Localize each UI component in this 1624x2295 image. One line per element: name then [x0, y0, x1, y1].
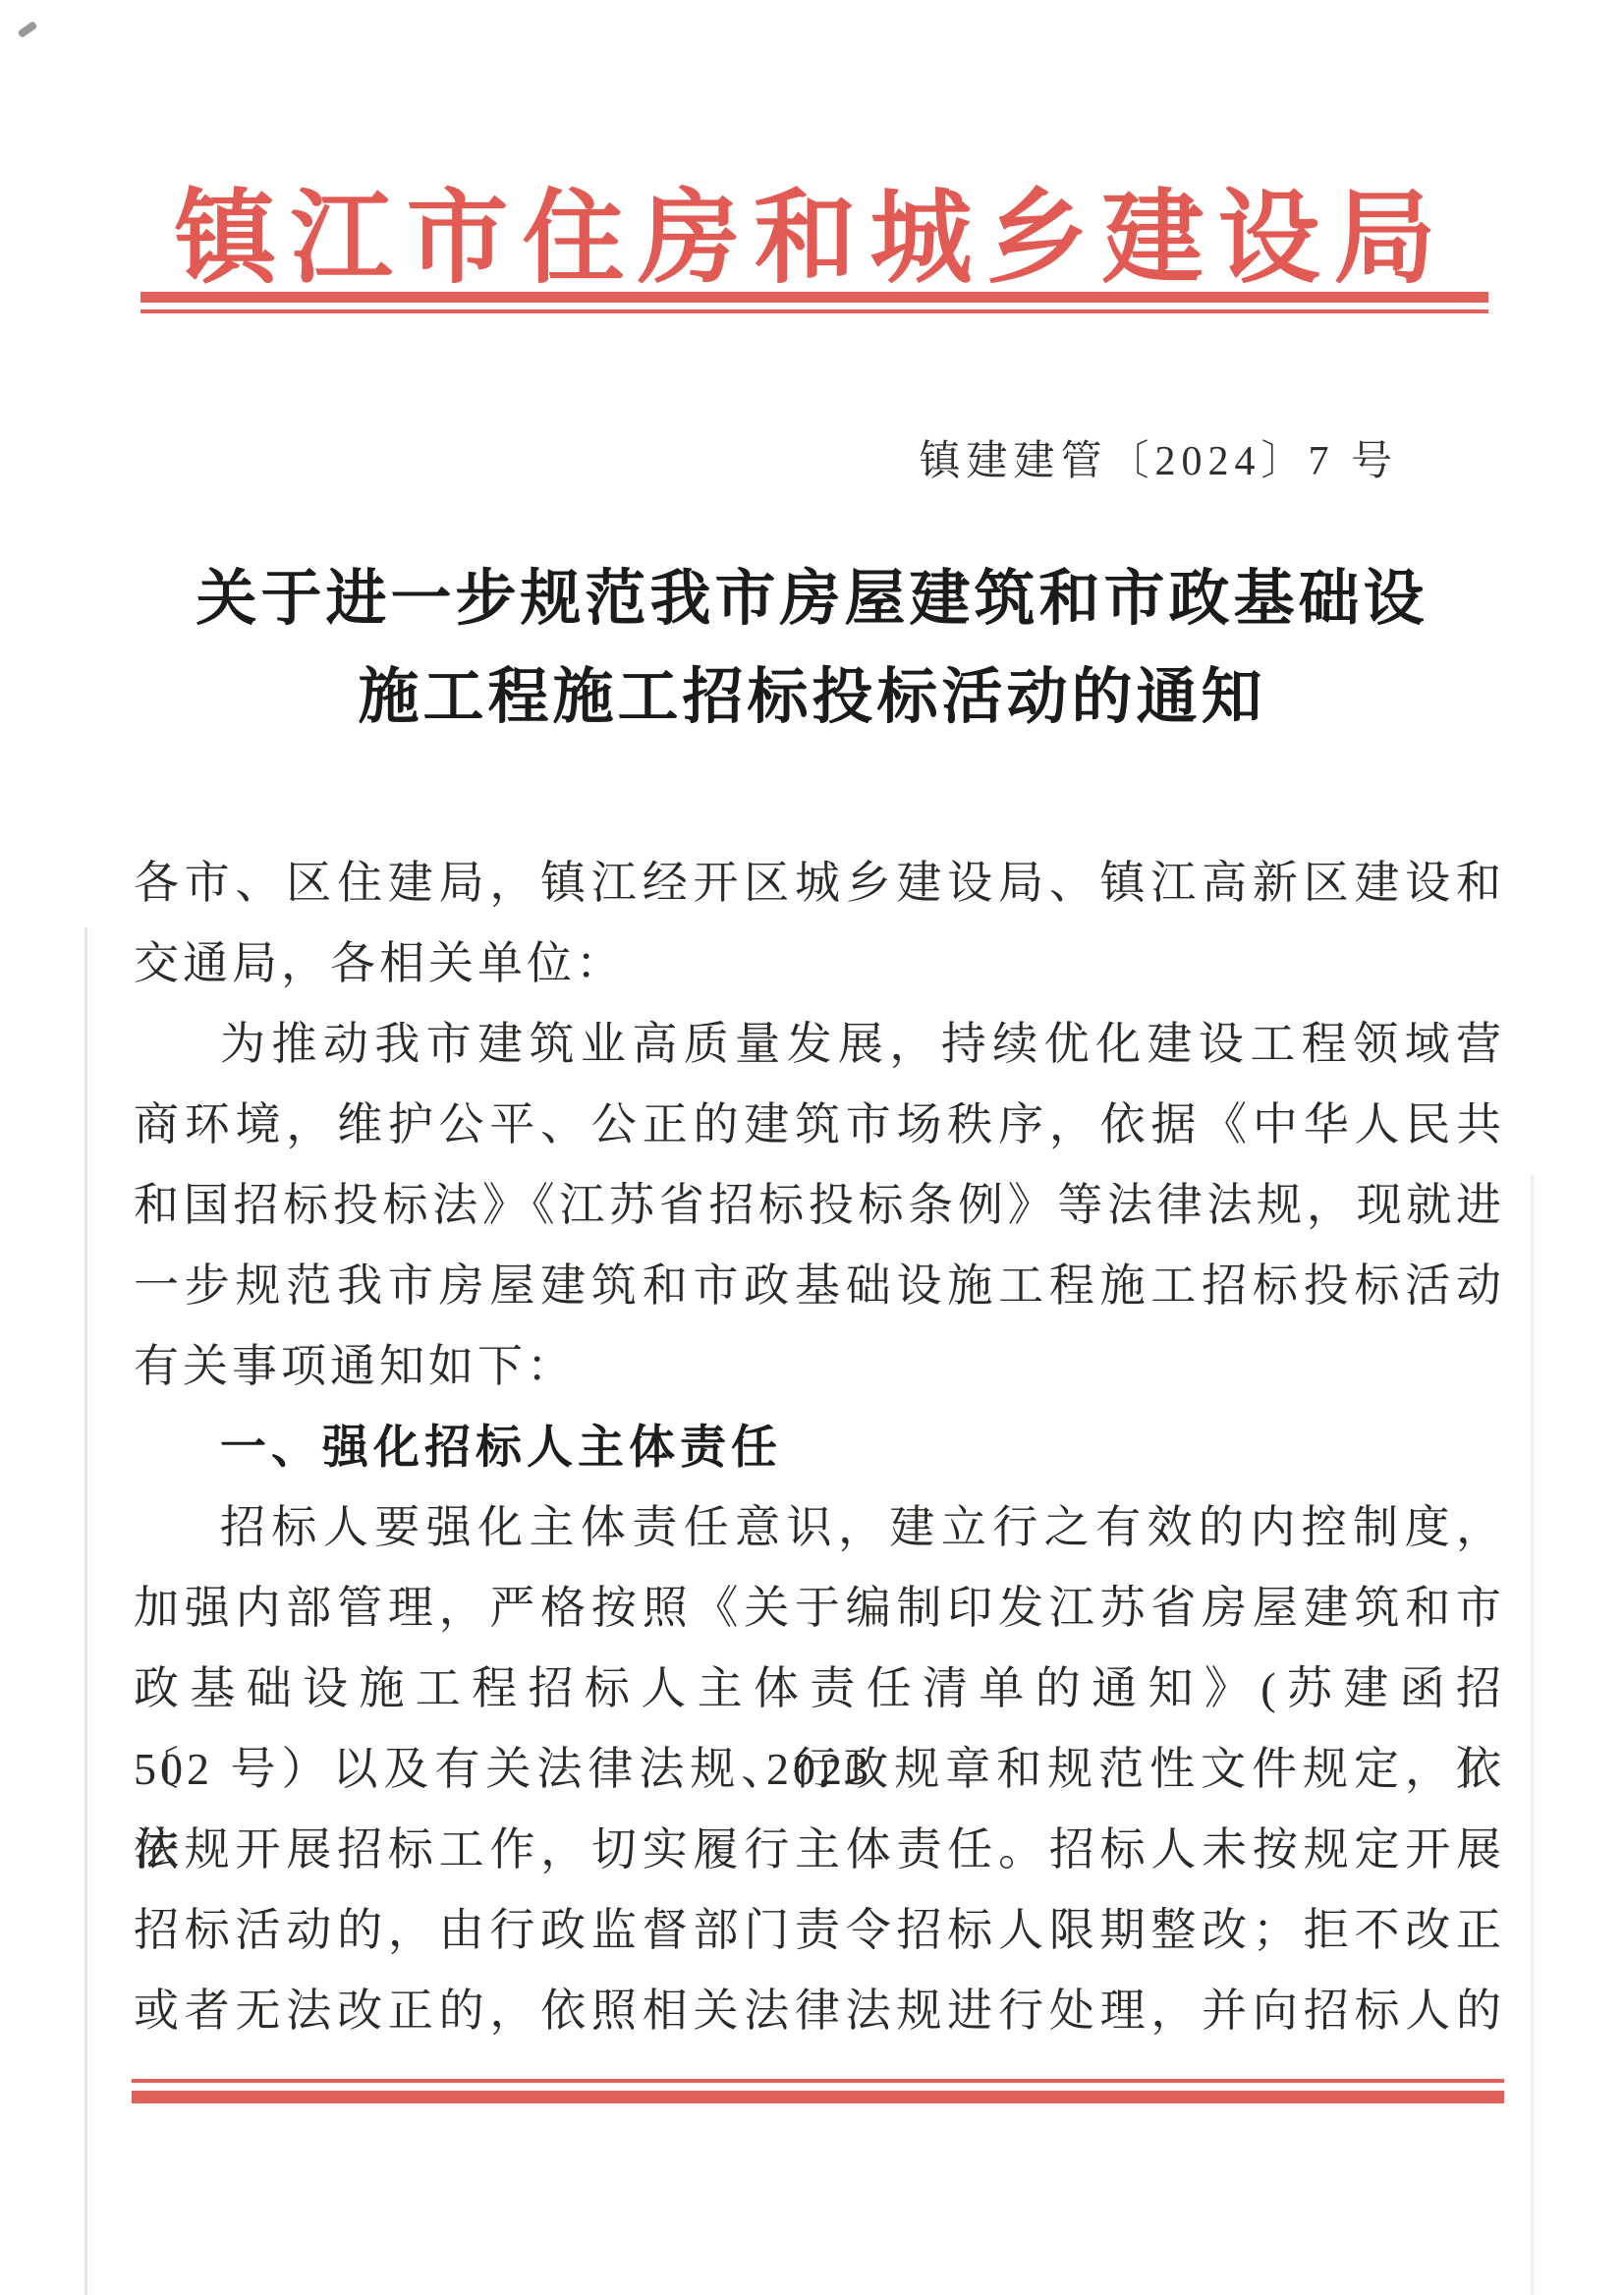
- footer-rule-thin: [132, 2079, 1504, 2083]
- section-heading: 一、强化招标人主体责任: [134, 1407, 1505, 1487]
- document-page: 镇江市住房和城乡建设局 镇建建管〔2024〕7 号 关于进一步规范我市房屋建筑和…: [0, 0, 1624, 2295]
- body-line: 和国招标投标法》《江苏省招标投标条例》等法律法规，现就进: [134, 1165, 1505, 1246]
- document-body: 各市、区住建局，镇江经开区城乡建设局、镇江高新区建设和 交通局，各相关单位： 为…: [134, 843, 1505, 2051]
- agency-letterhead: 镇江市住房和城乡建设局: [0, 155, 1624, 303]
- scan-edge-artifact-right: [1531, 1175, 1534, 2295]
- salutation-line: 各市、区住建局，镇江经开区城乡建设局、镇江高新区建设和: [134, 843, 1505, 924]
- body-line: 依规开展招标工作，切实履行主体责任。招标人未按规定开展: [134, 1810, 1505, 1890]
- body-line: 招标活动的，由行政监督部门责令招标人限期整改；拒不改正: [134, 1890, 1505, 1971]
- scan-edge-artifact-left: [84, 927, 87, 2295]
- document-number: 镇建建管〔2024〕7 号: [919, 428, 1398, 487]
- footer-rule-thick: [132, 2091, 1504, 2103]
- body-line: 一步规范我市房屋建筑和市政基础设施工程施工招标投标活动: [134, 1246, 1505, 1326]
- body-line: 商环境，维护公平、公正的建筑市场秩序，依据《中华人民共: [134, 1085, 1505, 1165]
- body-line: 招标人要强化主体责任意识，建立行之有效的内控制度，: [134, 1487, 1505, 1568]
- body-line: 加强内部管理，严格按照《关于编制印发江苏省房屋建筑和市: [134, 1568, 1505, 1649]
- salutation-line: 交通局，各相关单位：: [134, 924, 1505, 1004]
- body-line: 为推动我市建筑业高质量发展，持续优化建设工程领域营: [134, 1004, 1505, 1085]
- title-line-2: 施工程施工招标投标活动的通知: [0, 648, 1624, 747]
- body-line: 有关事项通知如下：: [134, 1326, 1505, 1407]
- body-line: 502 号）以及有关法律法规、行政规章和规范性文件规定，依法: [134, 1729, 1505, 1810]
- scan-speck: [18, 21, 38, 38]
- header-rule-thin: [140, 309, 1488, 313]
- header-rule-thick: [140, 292, 1488, 303]
- document-title: 关于进一步规范我市房屋建筑和市政基础设 施工程施工招标投标活动的通知: [0, 550, 1624, 747]
- title-line-1: 关于进一步规范我市房屋建筑和市政基础设: [0, 550, 1624, 648]
- body-line: 或者无法改正的，依照相关法律法规进行处理，并向招标人的: [134, 1971, 1505, 2051]
- body-line: 政基础设施工程招标人主体责任清单的通知》(苏建函招〔2023〕: [134, 1649, 1505, 1729]
